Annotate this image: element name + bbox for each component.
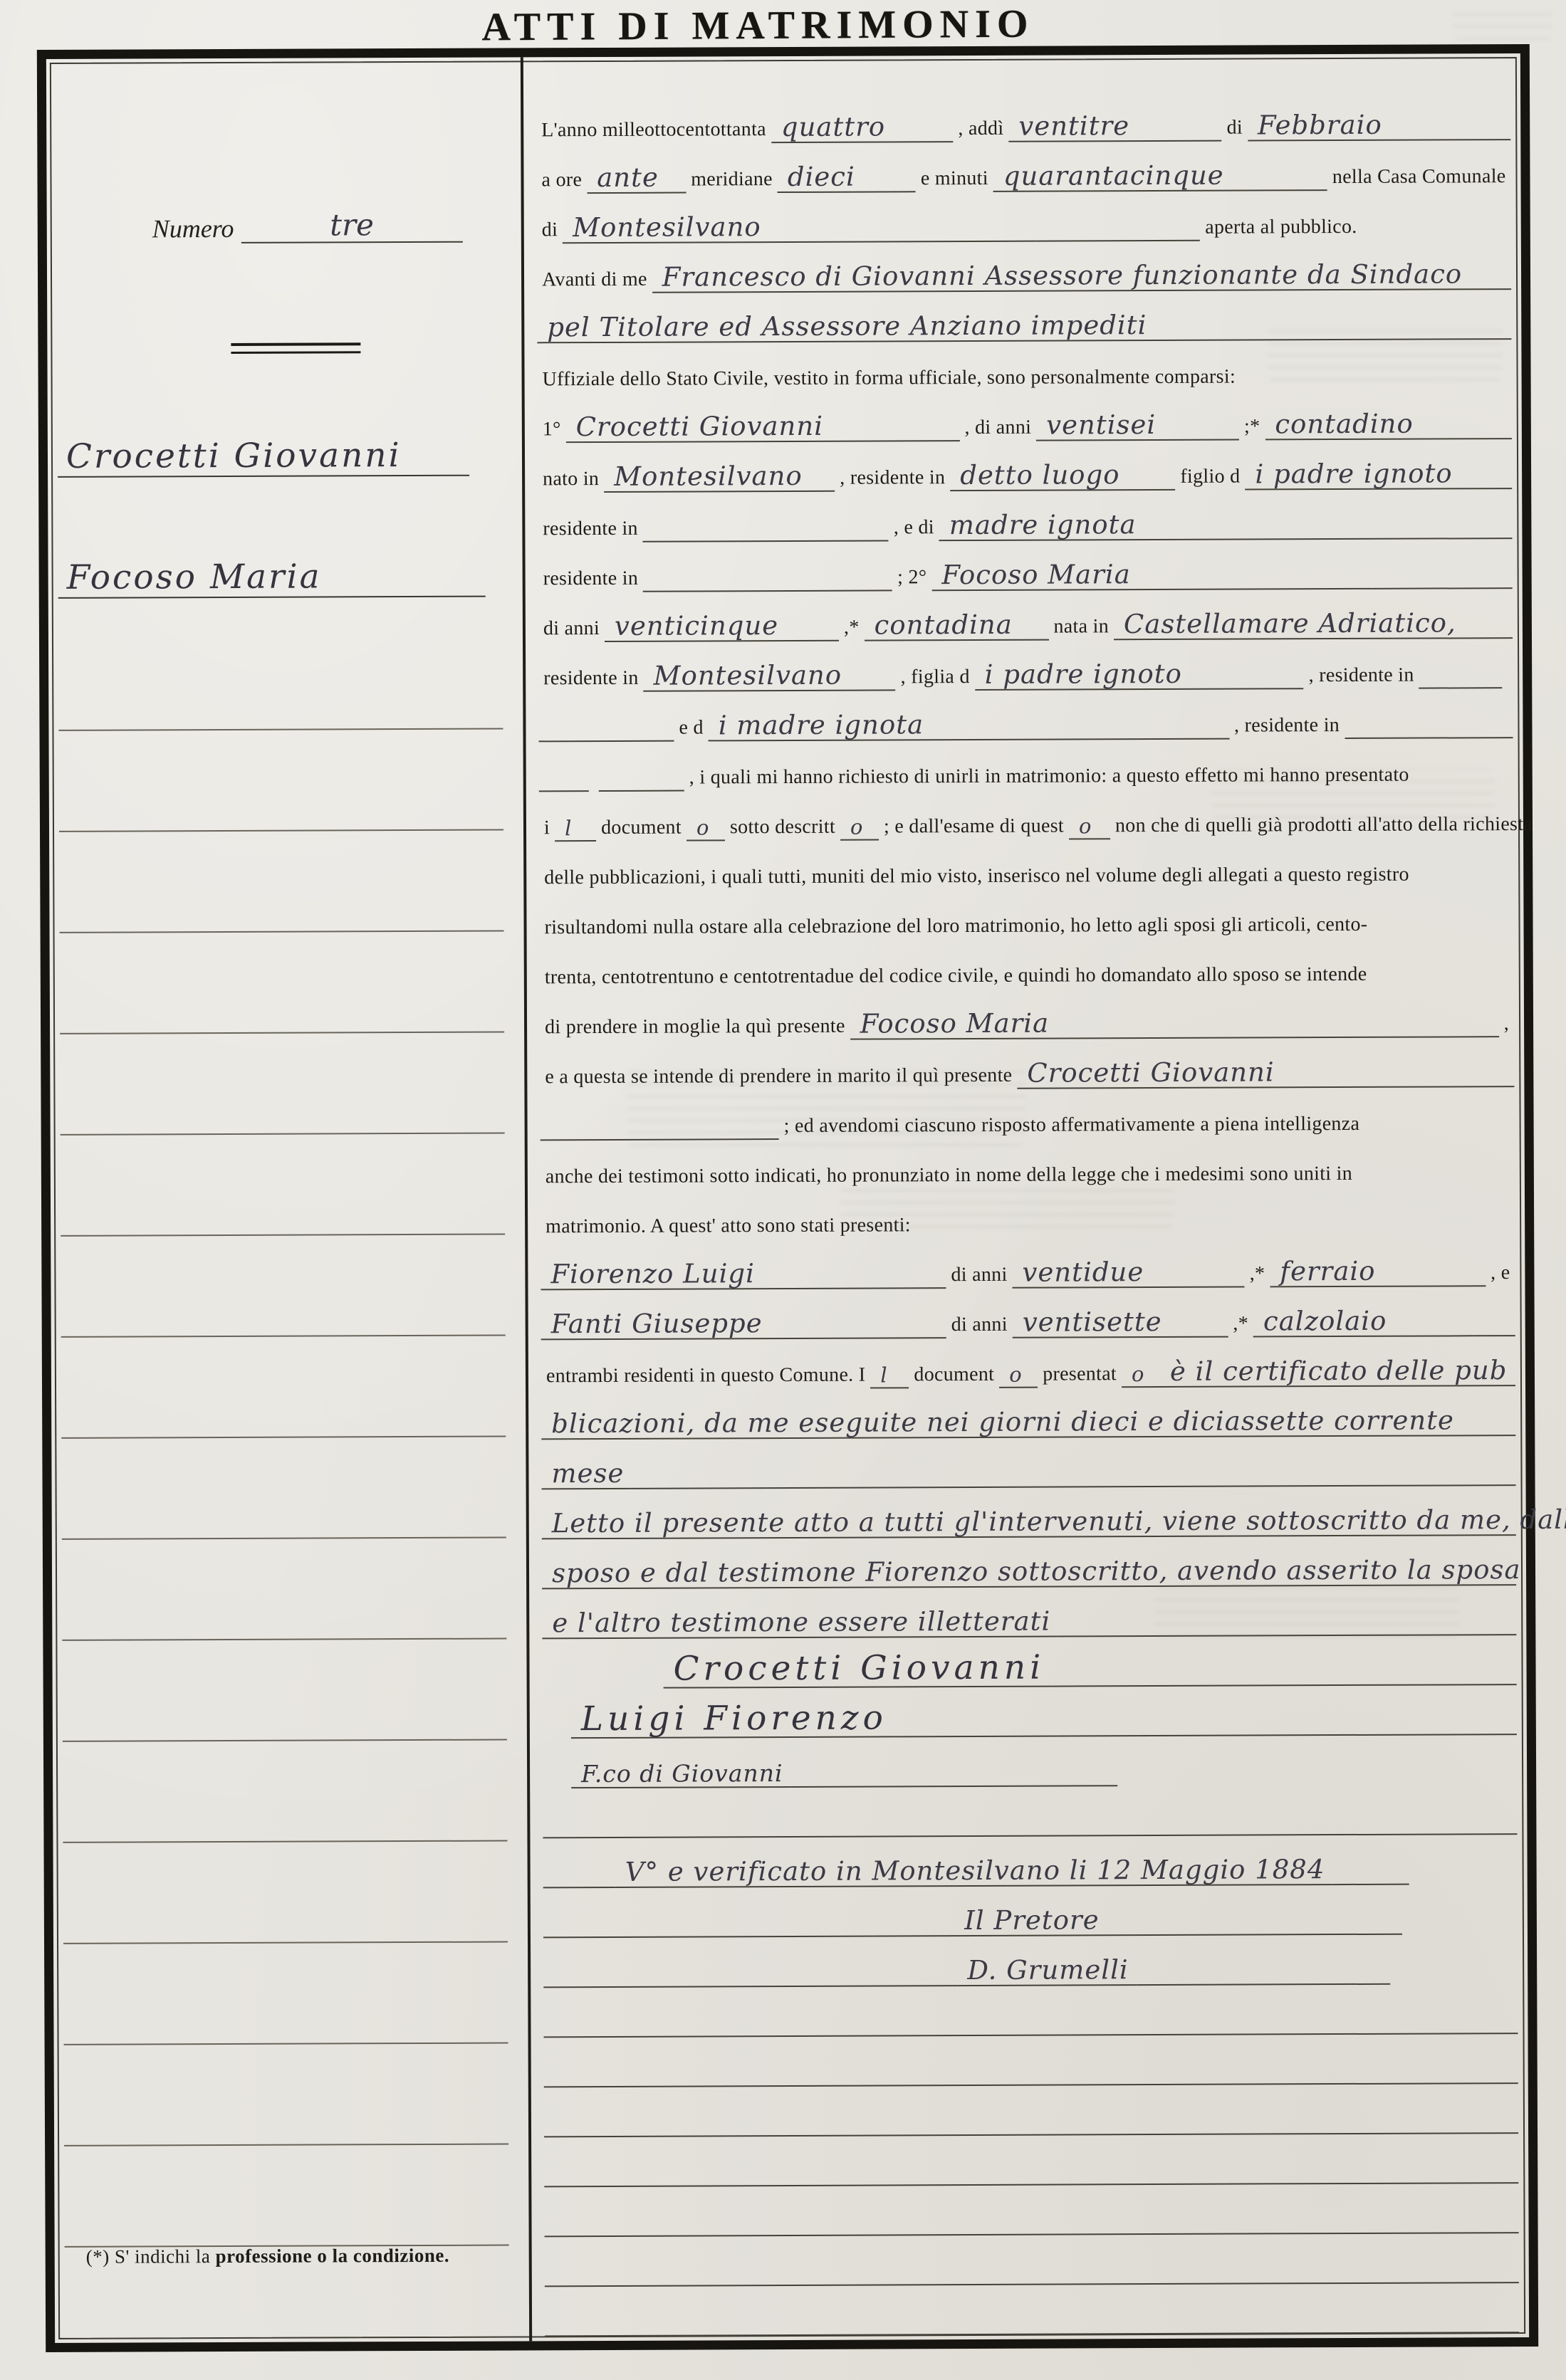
form-row: diMontesilvanoaperta al pubblico. [537,190,1511,243]
printed-text: ;* [1239,415,1265,440]
form-row: 1°Crocetti Giovanni, di anniventisei;*co… [538,389,1512,443]
form-row: pel Titolare ed Assessore Anziano impedi… [537,290,1511,343]
blank-line [543,1878,615,1888]
blank-line [1419,678,1503,688]
blank-line [1332,1875,1409,1885]
printed-text: nella Casa Comunale [1327,165,1511,191]
printed-text: , residente in [1229,714,1345,740]
printed-text: ,* [1245,1262,1270,1287]
form-row: Fiorenzo Luigidi anniventidue,*ferraio, … [541,1237,1515,1290]
handwritten-text: ventisette [1013,1309,1228,1338]
handwritten-text: Il Pretore [954,1907,1107,1937]
groom-name-handwritten: Crocetti Giovanni [58,439,402,476]
form-row: Il Pretore [543,1884,1518,1938]
form-row: risultandomi nulla ostare alla celebrazi… [539,888,1513,941]
handwritten-text: l [870,1365,909,1389]
handwritten-text: quarantacinque [993,162,1327,192]
form-row [544,2134,1518,2187]
form-row [543,1984,1518,2038]
printed-text: meridiane [686,168,778,194]
handwritten-text: detto luogo [950,461,1175,491]
printed-text: , e [1486,1262,1515,1286]
form-row: a oreantemeridianediecie minutiquarantac… [536,140,1510,194]
printed-text: anche dei testimoni sotto indicati, ho p… [541,1163,1357,1191]
printed-text: nata in [1048,615,1114,641]
printed-text: , residente in [835,466,950,492]
form-row: Luigi Fiorenzo [543,1685,1517,1739]
printed-text: e d [674,716,708,741]
numero-value-handwritten: tre [241,210,463,243]
printed-text: e a questa se intende di prendere in mar… [540,1064,1017,1091]
handwritten-text: contadina [865,612,1049,641]
handwritten-text: Crocetti Giovanni [663,1651,1052,1689]
form-row: L'anno milleottocentottantaquattro, addì… [536,90,1510,144]
form-row: Fanti Giuseppedi anniventisette,*calzola… [541,1286,1515,1340]
printed-text: document [596,816,687,842]
handwritten-text: mese [541,1460,631,1489]
blank-line [541,1130,779,1141]
handwritten-text: Francesco di Giovanni Assessore funziona… [652,261,1511,293]
margin-name-line: Crocetti Giovanni [58,408,469,478]
form-row: di anniventicinque,*contadinanata inCast… [538,589,1513,642]
form-row: delle pubblicazioni, i quali tutti, muni… [539,838,1513,891]
printed-text: Uffiziale dello Stato Civile, vestito in… [538,365,1241,393]
printed-text: sotto descritt [725,816,840,842]
printed-text: e minuti [916,167,993,193]
printed-text: figlio d [1175,465,1245,491]
handwritten-text: D. Grumelli [957,1956,1136,1986]
numero-label: Numero [152,214,241,243]
printed-text: , figlia d [896,666,975,691]
printed-text: residente in [538,667,644,693]
blank-line [599,782,684,792]
handwritten-text: o [840,817,879,841]
printed-text: di anni [946,1314,1013,1339]
printed-text: residente in [538,567,644,593]
printed-text: risultandomi nulla ostare alla celebrazi… [539,913,1372,942]
handwritten-text: Crocetti Giovanni [1017,1058,1514,1089]
footnote-prefix: (*) S' indichi la [86,2245,216,2268]
blank-line [539,782,589,792]
printed-text: ; e dall'esame di quest [879,814,1069,840]
footnote-bold: professione o la condizione. [215,2245,449,2267]
blank-line [1136,1975,1391,1986]
margin-empty-line [63,1842,508,1944]
handwritten-text: venticinque [605,612,839,642]
margin-ruled-lines [58,629,509,2248]
handwritten-text: Focoso Maria [850,1008,1499,1039]
printed-text: 1° [538,418,566,443]
form-row: ildocumentosotto descritto; e dall'esame… [539,788,1513,842]
printed-text: L'anno milleottocentottanta [536,118,771,144]
handwritten-text: Crocetti Giovanni [566,412,960,443]
margin-column: Numero tre Crocetti Giovanni Focoso Mari… [46,57,529,2343]
blank-line [1345,728,1513,739]
printed-text: Avanti di me [537,268,652,294]
printed-text: , residente in [1304,664,1419,689]
handwritten-text: blicazioni, da me eseguite nei giorni di… [541,1407,1515,1440]
handwritten-text: Letto il presente atto a tutti gl'interv… [542,1506,1516,1539]
margin-empty-line [58,730,503,832]
handwritten-text: ventitre [1008,112,1221,142]
printed-text: matrimonio. A quest' atto sono stati pre… [541,1214,916,1240]
printed-text: , e di [889,516,939,541]
printed-text: non che di quelli già prodotti all'atto … [1110,813,1538,839]
printed-text: entrambi residenti in questo Comune. I [541,1363,871,1390]
form-row: residente inMontesilvano, figlia di padr… [538,639,1513,692]
form-row: entrambi residenti in questo Comune. Ild… [541,1336,1515,1390]
form-row [545,2283,1519,2337]
handwritten-text: pel Titolare ed Assessore Anziano impedi… [537,310,1511,343]
printed-text: residente in [538,518,643,543]
form-row: D. Grumelli [543,1934,1518,1988]
margin-empty-line [64,2044,509,2146]
handwritten-text: dieci [778,164,916,193]
handwritten-text: Montesilvano [644,662,896,692]
handwritten-text: F.co di Giovanni [571,1761,790,1788]
printed-text: delle pubblicazioni, i quali tutti, muni… [539,863,1414,891]
form-row: F.co di Giovanni [543,1735,1517,1788]
form-row: sposo e dal testimone Fiorenzo sottoscri… [542,1536,1516,1589]
printed-text: di anni [946,1264,1012,1289]
blank-line [538,732,674,743]
margin-empty-line [61,1336,506,1439]
blank-line [1036,231,1200,242]
handwritten-text: calzolaio [1253,1308,1473,1338]
printed-text: , i quali mi hanno richiesto di unirli i… [684,763,1414,791]
printed-text: di [537,219,563,243]
printed-text: ; ed avendomi ciascuno risposto affermat… [779,1113,1365,1140]
register-sheet: Numero tre Crocetti Giovanni Focoso Mari… [37,44,1538,2352]
blank-line [643,581,892,592]
form-row: nato inMontesilvano, residente indetto l… [538,439,1512,493]
form-row: Crocetti Giovanni [542,1635,1516,1689]
handwritten-text: quattro [771,113,954,143]
margin-empty-line [59,831,504,933]
form-row: blicazioni, da me eseguite nei giorni di… [541,1386,1515,1440]
bride-name-handwritten: Focoso Maria [58,560,322,597]
printed-text: , di anni [959,416,1036,441]
margin-empty-line [64,2145,509,2248]
form-row: residente in; 2°Focoso Maria [538,539,1512,592]
form-row: e l'altro testimone essere illetterati [542,1585,1516,1639]
margin-empty-line [61,1134,506,1237]
printed-text: , [1499,1012,1514,1037]
margin-empty-line [58,629,503,731]
form-row [544,2034,1518,2087]
form-row: e a questa se intende di prendere in mar… [540,1037,1514,1091]
handwritten-text: contadino [1265,410,1512,440]
handwritten-text: Fiorenzo Luigi [541,1259,946,1290]
handwritten-text: ferraio [1270,1258,1486,1288]
form-row: mese [541,1436,1515,1489]
printed-text: ,* [1228,1312,1253,1337]
form-row [544,2084,1518,2137]
form-row: residente in, e dimadre ignota [538,489,1512,542]
form-row: , i quali mi hanno richiesto di unirli i… [539,738,1513,792]
handwritten-text: o [1122,1364,1160,1388]
handwritten-text: e l'altro testimone essere illetterati [542,1608,1058,1640]
form-row: e di madre ignota, residente in [538,688,1513,742]
form-row: trenta, centotrentuno e centotrentadue d… [540,938,1514,991]
blank-line [1137,730,1229,740]
form-row [545,2233,1519,2287]
printed-text: ,* [839,616,865,641]
printed-text: a ore [536,169,587,194]
handwritten-text: i padre ignoto [1245,460,1512,490]
printed-text: trenta, centotrentuno e centotrentadue d… [540,963,1372,992]
handwritten-text: l [555,818,596,842]
handwritten-text: i padre ignoto [975,660,1304,691]
margin-empty-line [61,1437,506,1540]
handwritten-text: ventidue [1012,1259,1244,1289]
printed-text: aperta al pubblico. [1200,216,1362,241]
blank-line [545,2323,1519,2337]
printed-text: di prendere in moglie la quì presente [540,1015,850,1041]
margin-empty-line [60,1033,505,1136]
document-page: ATTI DI MATRIMONIO Numero tre Crocetti G… [0,0,1566,2380]
margin-empty-line [63,1943,508,2045]
handwritten-text: Montesilvano [563,213,1036,243]
handwritten-text: Castellamare Adriatico, [1114,609,1513,640]
form-row: Uffiziale dello Stato Civile, vestito in… [537,340,1511,393]
form-row: matrimonio. A quest' atto sono stati pre… [541,1187,1515,1240]
margin-name-line: Focoso Maria [58,529,485,599]
handwritten-text: i madre ignota [709,711,1137,741]
printed-text: di [1221,116,1248,141]
blank-line [1372,579,1512,589]
handwritten-text: o [1069,817,1110,840]
form-row [544,2184,1518,2237]
handwritten-text: o [687,818,725,842]
handwritten-text: ventisei [1036,411,1239,441]
form-column: L'anno milleottocentottantaquattro, addì… [523,53,1529,2341]
handwritten-text: Luigi Fiorenzo [571,1701,894,1739]
form-row: ; ed avendomi ciascuno risposto affermat… [540,1087,1514,1141]
form-row [543,1785,1517,1838]
section-divider-mark [231,342,360,354]
handwritten-text: Febbraio [1248,111,1510,141]
form-row: di prendere in moglie la quì presenteFoc… [540,987,1514,1041]
printed-text: document [909,1363,999,1389]
handwritten-text: Montesilvano [604,463,835,493]
handwritten-text: è il certificato delle pub [1160,1357,1515,1388]
printed-text: , addì [953,117,1008,142]
printed-text: presentat [1038,1363,1122,1388]
margin-empty-line [62,1640,507,1742]
margin-empty-line [63,1741,508,1843]
margin-empty-line [61,1235,506,1338]
blank-line [643,531,889,542]
blank-line [1473,1326,1515,1336]
form-row: anche dei testimoni sotto indicati, ho p… [541,1137,1515,1190]
handwritten-text: ante [587,164,686,194]
printed-text: ; 2° [892,566,931,591]
form-row: Avanti di meFrancesco di Giovanni Assess… [537,240,1511,293]
handwritten-text: Fanti Giuseppe [541,1309,946,1340]
handwritten-text: V° e verificato in Montesilvano li 12 Ma… [615,1856,1332,1888]
form-row: V° e verificato in Montesilvano li 12 Ma… [543,1835,1517,1888]
margin-empty-line [60,932,505,1034]
printed-text: i [539,817,555,842]
handwritten-text: sposo e dal testimone Fiorenzo sottoscri… [542,1556,1516,1589]
printed-text: nato in [538,468,604,493]
footnote: (*) S' indichi la professione o la condi… [86,2244,512,2268]
form-row: Letto il presente atto a tutti gl'interv… [542,1486,1516,1539]
printed-text: di anni [538,617,605,643]
numero-field: Numero tre [152,210,463,244]
handwritten-text: o [999,1365,1038,1388]
handwritten-text: madre ignota [939,510,1513,541]
margin-empty-line [62,1538,507,1641]
handwritten-text: Focoso Maria [931,560,1372,591]
